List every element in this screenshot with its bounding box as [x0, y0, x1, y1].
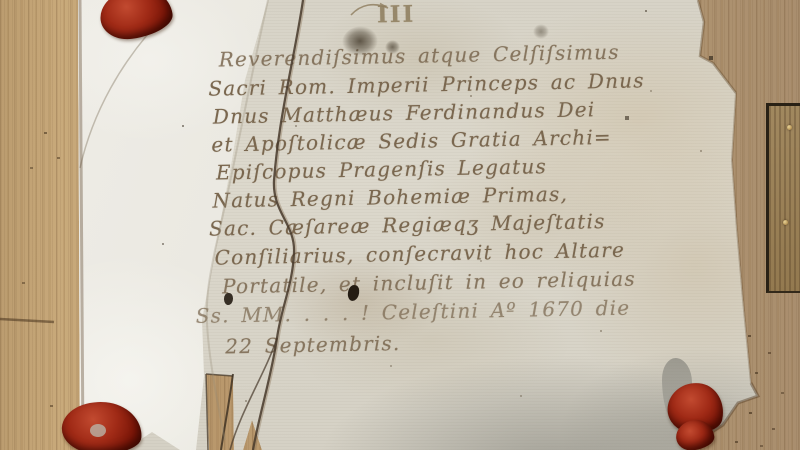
- numeral-flourish: [351, 4, 388, 16]
- main-tear-crack: [253, 0, 303, 450]
- tear-branch: [230, 338, 277, 450]
- paper-left-edge-shadow: [80, 0, 83, 450]
- paper-topright-edge-shadow: [698, 0, 736, 93]
- wood-crack: [0, 319, 54, 322]
- seal-fleck: [90, 424, 106, 437]
- paper-right-edge-shadow: [732, 93, 751, 383]
- wedge-crack: [221, 374, 233, 450]
- tear-highlight: [255, 0, 305, 450]
- manuscript-photo: III Reverendiſsimus atque Celſiſsimus Sa…: [0, 0, 800, 450]
